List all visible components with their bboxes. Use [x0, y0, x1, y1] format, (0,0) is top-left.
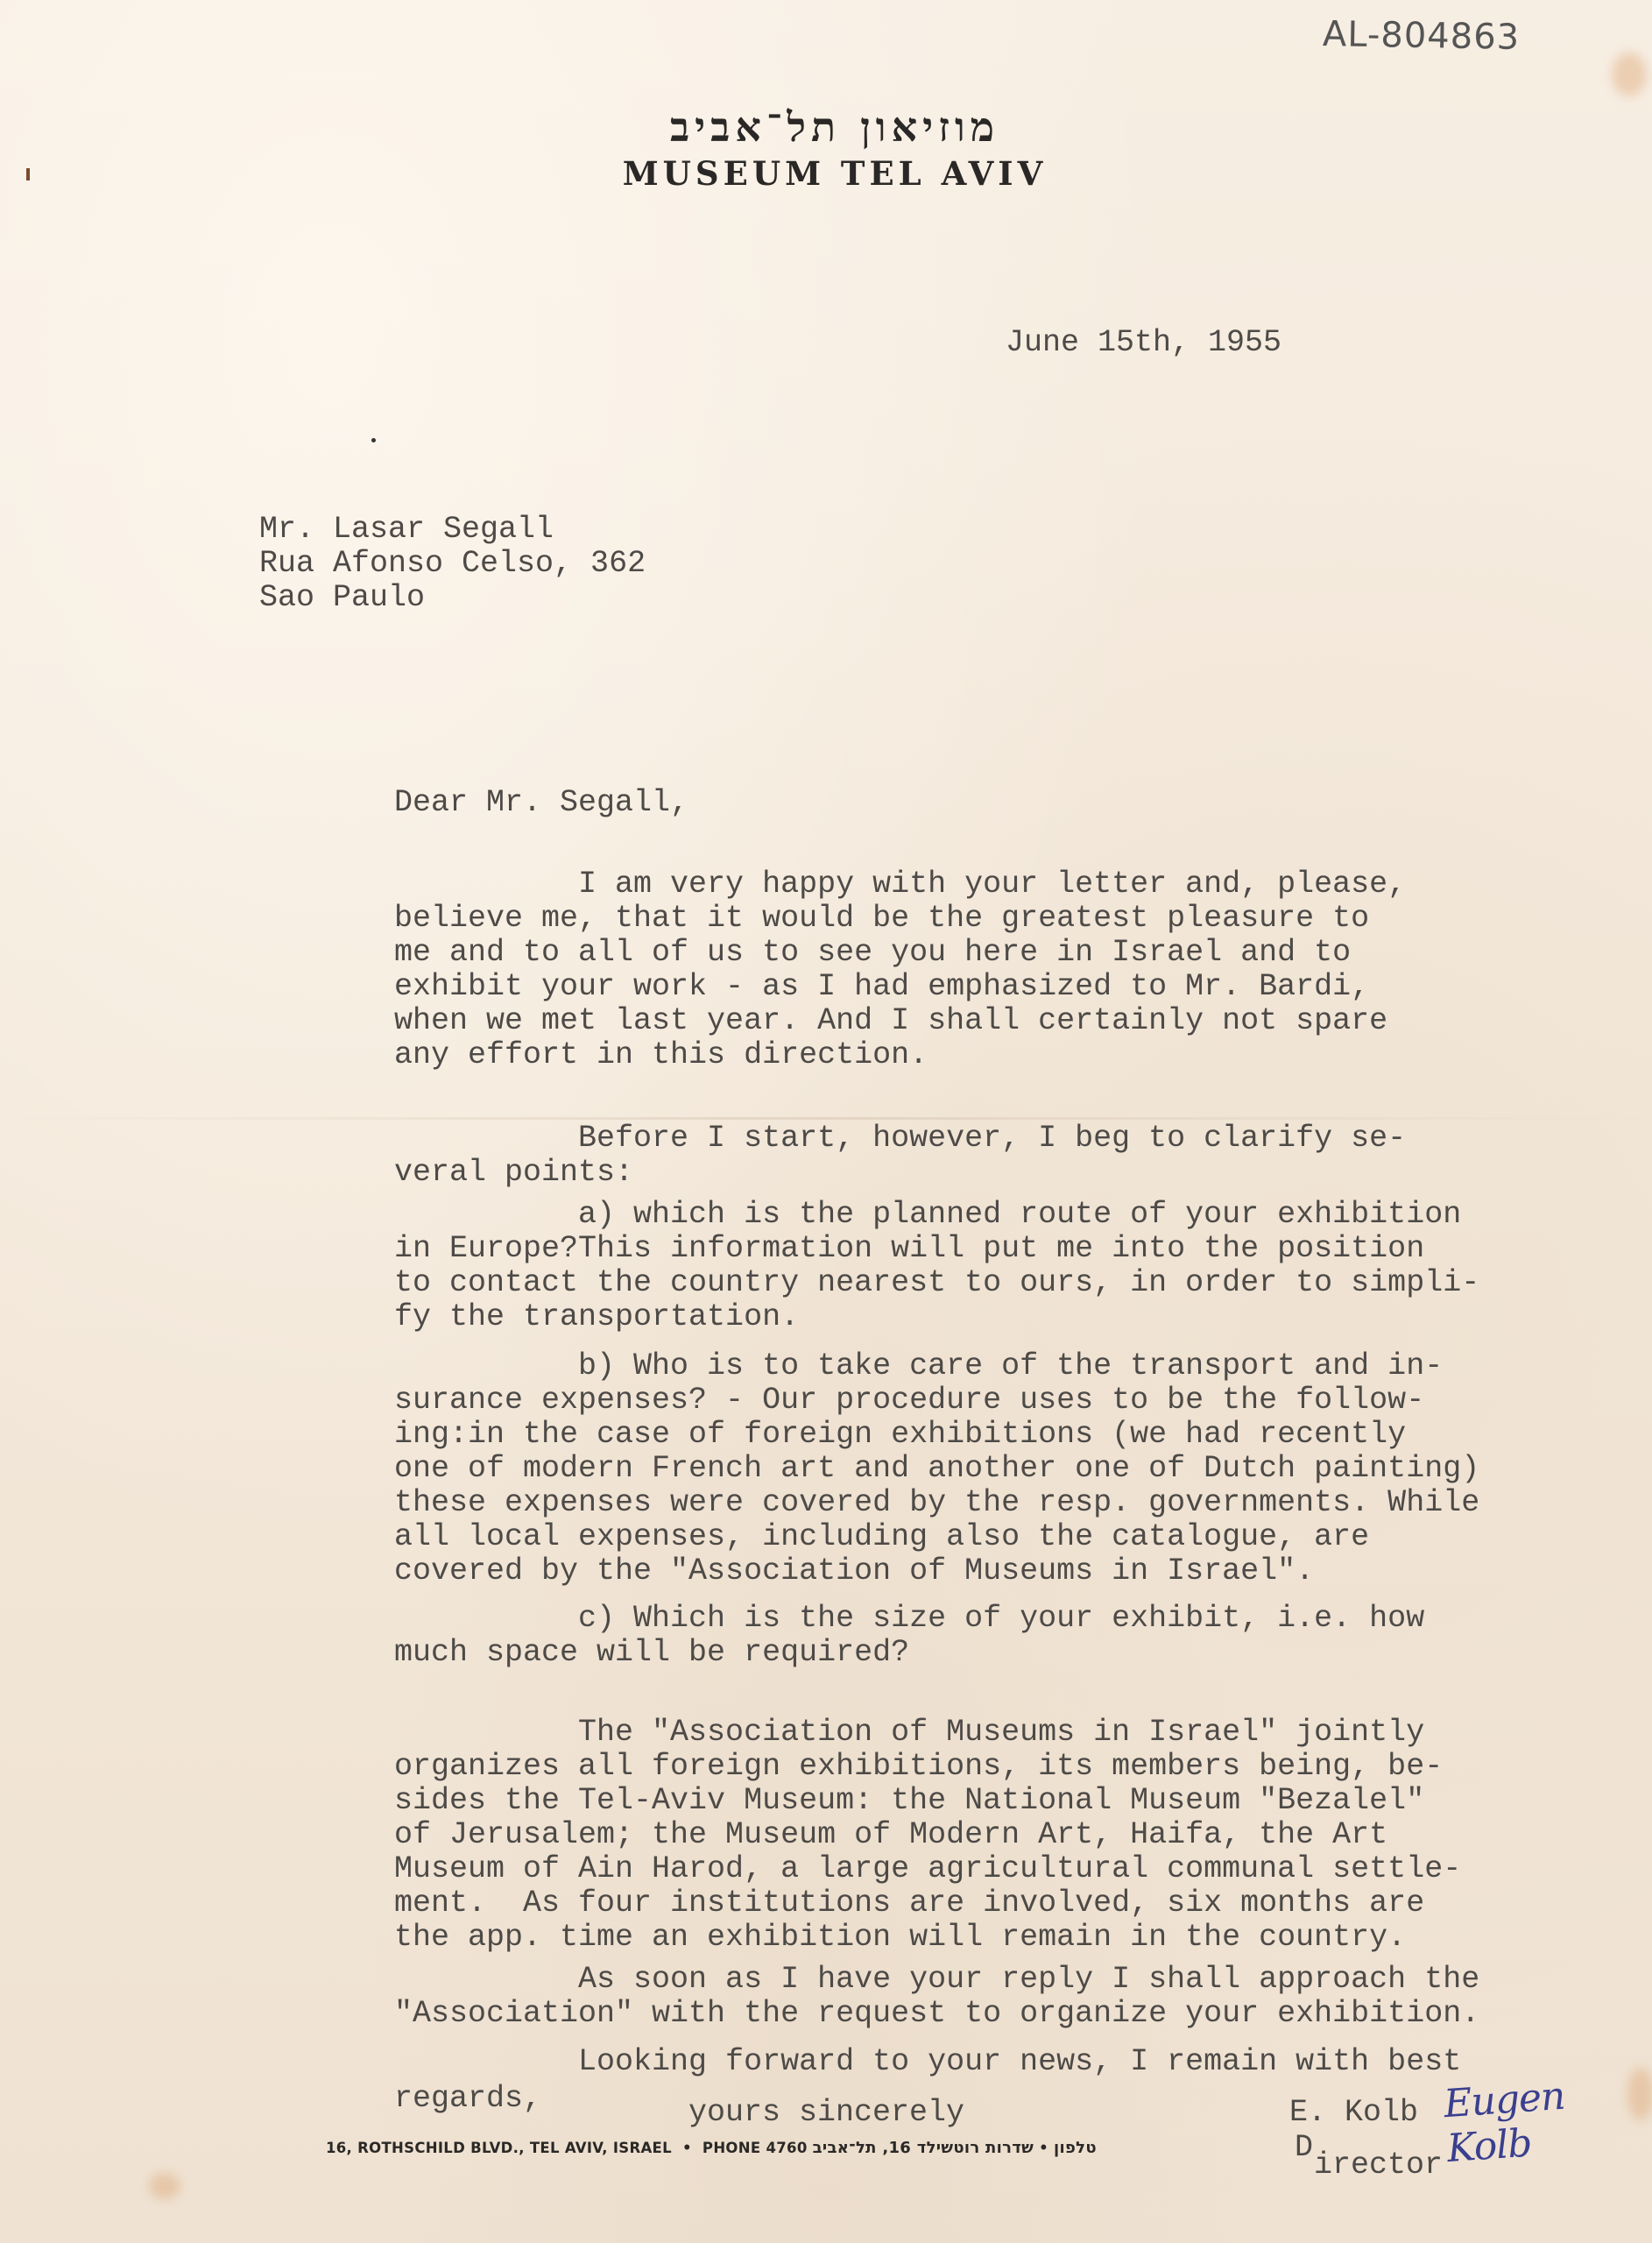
signer-title-initial: D — [1295, 2131, 1313, 2165]
signer-name: E. Kolb — [1289, 2096, 1418, 2130]
letter-page: AL-804863 מוזיאון תל־אביב MUSEUM TEL AVI… — [0, 0, 1652, 2243]
salutation: Dear Mr. Segall, — [394, 786, 688, 820]
body-paragraph-1: I am very happy with your letter and, pl… — [394, 867, 1406, 1072]
body-paragraph-4: As soon as I have your reply I shall app… — [394, 1963, 1479, 2031]
recipient-name: Mr. Lasar Segall — [259, 513, 646, 547]
letterhead-hebrew: מוזיאון תל־אביב — [9, 103, 1652, 151]
body-paragraph-5: Looking forward to your news, I remain w… — [394, 2045, 1461, 2079]
letterhead-footer: 16, ROTHSCHILD BLVD., TEL AVIV, ISRAEL •… — [326, 2139, 1097, 2157]
handwritten-signature: Eugen Kolb — [1443, 2068, 1652, 2171]
closing-regards: regards, — [394, 2082, 541, 2116]
recipient-address: Mr. Lasar SegallRua Afonso Celso, 362Sao… — [259, 513, 646, 615]
footer-separator: • — [1034, 2140, 1054, 2156]
paper-stain — [149, 2173, 180, 2199]
paper-stain — [1612, 53, 1647, 96]
point-a: a) which is the planned route of your ex… — [394, 1198, 1479, 1334]
complimentary-close: yours sincerely — [688, 2096, 964, 2130]
signer-title: irector — [1314, 2148, 1443, 2183]
recipient-street: Rua Afonso Celso, 362 — [259, 547, 646, 581]
point-b: b) Who is to take care of the transport … — [394, 1349, 1479, 1588]
body-paragraph-2: Before I start, however, I beg to clarif… — [394, 1121, 1406, 1190]
body-paragraph-3: The "Association of Museums in Israel" j… — [394, 1716, 1461, 1955]
paper-fold — [0, 1117, 1652, 1120]
letterhead: מוזיאון תל־אביב MUSEUM TEL AVIV — [0, 103, 1652, 193]
paper-mark — [371, 438, 376, 442]
recipient-city: Sao Paulo — [259, 581, 646, 615]
footer-hebrew-address: שדרות רוטשילד 16, תל־אביב — [813, 2139, 1034, 2157]
footer-english-address: 16, ROTHSCHILD BLVD., TEL AVIV, ISRAEL •… — [326, 2140, 813, 2156]
archive-id: AL-804863 — [1323, 14, 1521, 58]
letterhead-english: MUSEUM TEL AVIV — [9, 154, 1652, 193]
point-c: c) Which is the size of your exhibit, i.… — [394, 1602, 1424, 1670]
letter-date: June 15th, 1955 — [1006, 326, 1281, 360]
footer-phone-hebrew: טלפון — [1054, 2139, 1097, 2157]
